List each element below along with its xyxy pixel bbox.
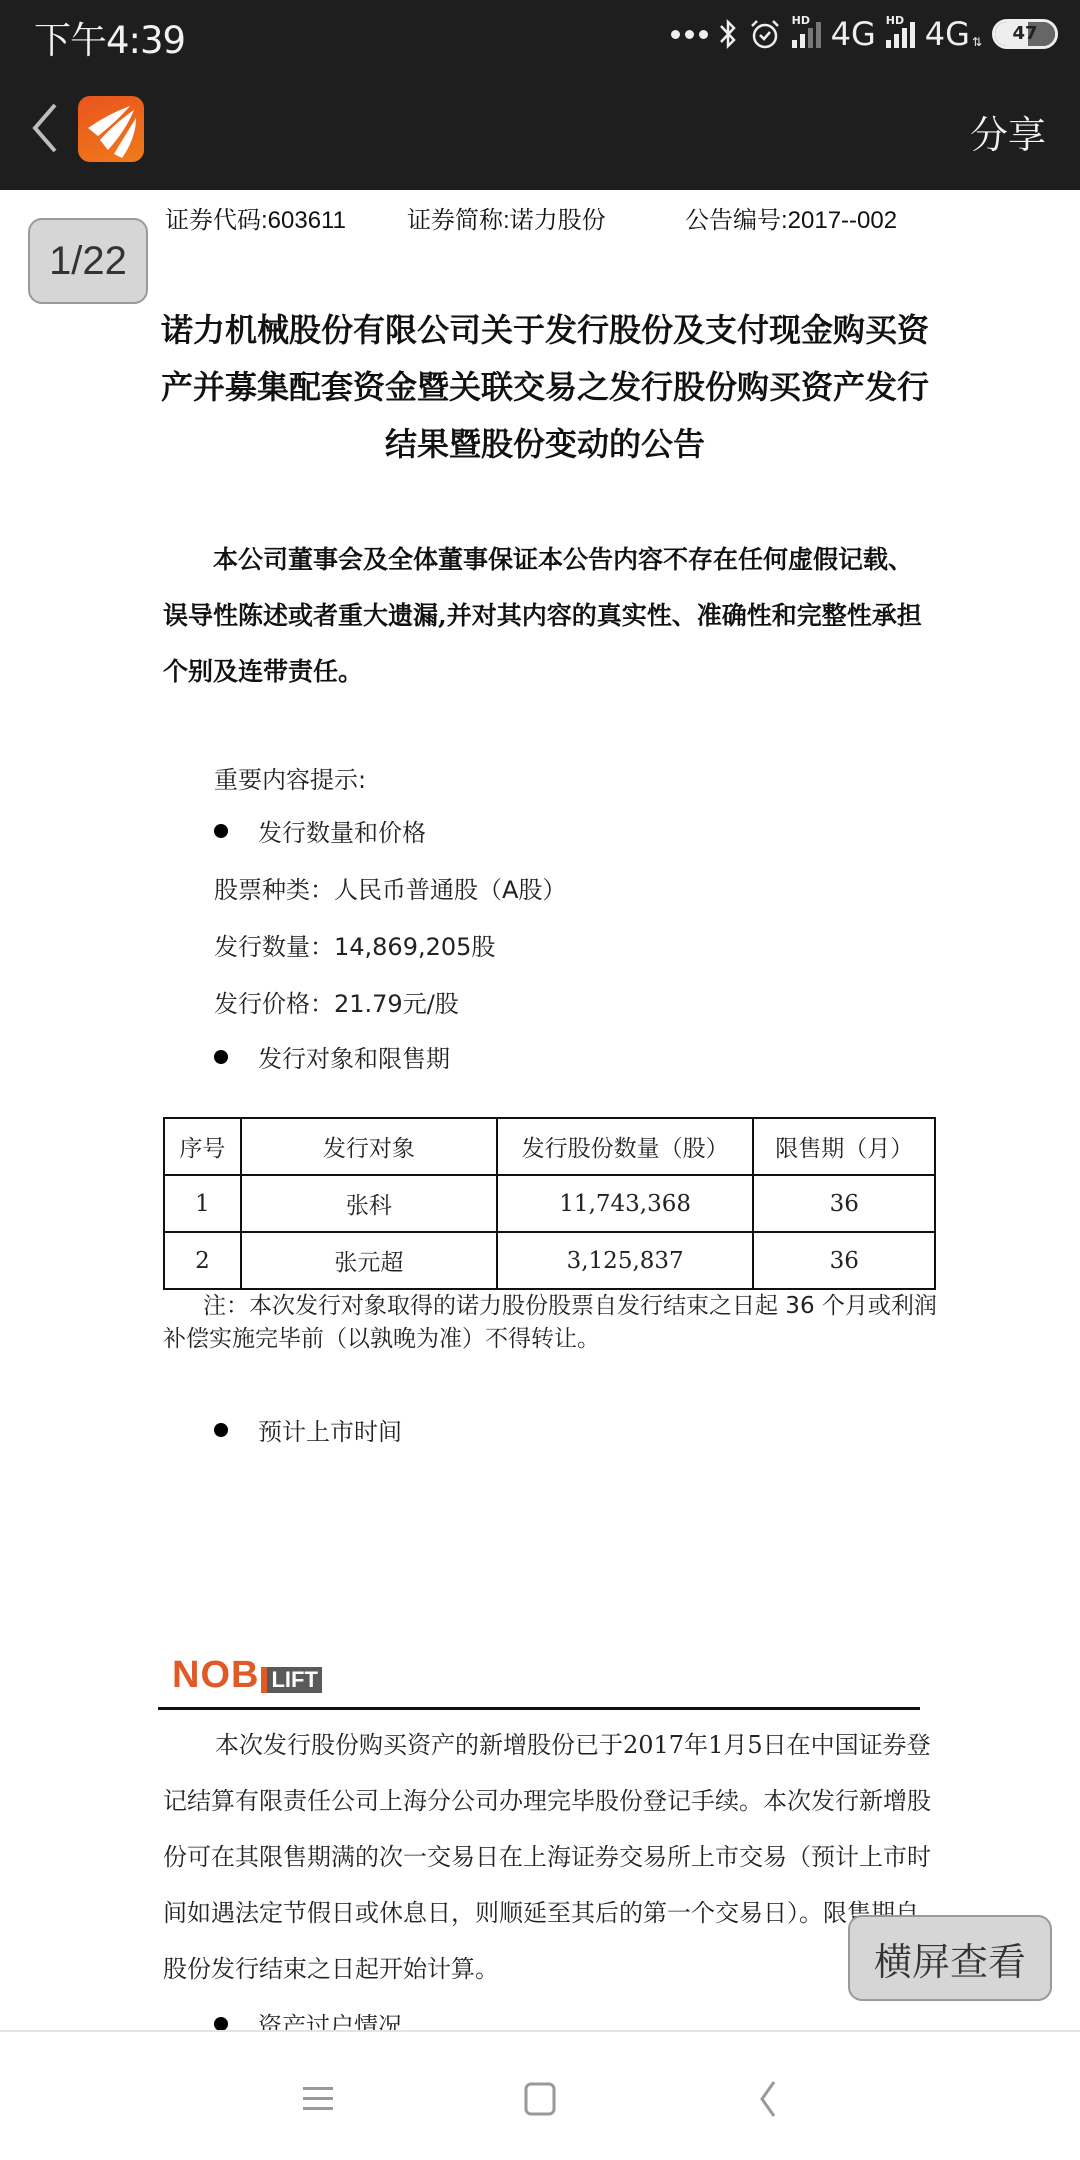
battery-level: 47 [995,22,1055,46]
bullet-icon [214,1050,228,1064]
nav-back-button[interactable] [728,2064,808,2134]
network-type-1: 4G [831,15,876,53]
chevron-left-icon [29,101,59,155]
bullet-icon [214,2017,228,2031]
system-nav-bar [0,2030,1080,2160]
signal-icon: HD [886,20,915,48]
bullet-label: 预计上市时间 [258,1412,402,1447]
landscape-view-button[interactable]: 横屏查看 [848,1915,1052,2001]
status-icons: HD 4G HD 4G ⇅ 47 [671,14,1058,54]
back-icon [756,2079,780,2119]
menu-icon [301,2083,335,2115]
bullet-label: 发行对象和限售期 [258,1039,450,1074]
table-cell: 11,743,368 [497,1175,754,1232]
table-note: 注：本次发行对象取得的诺力股份股票自发行结束之日起 36 个月或利润补偿实施完毕… [163,1290,938,1356]
status-time: 下午4:39 [34,10,185,64]
top-bar: 下午4:39 HD 4G HD 4G ⇅ 47 [0,0,1080,190]
table-cell: 2 [164,1232,241,1289]
stock-type: 股票种类：人民币普通股（A股） [214,870,566,905]
bullet-issue-quantity-price: 发行数量和价格 [214,813,426,848]
bullet-label: 发行数量和价格 [258,813,426,848]
security-code: 证券代码:603611 [165,200,346,235]
table-header: 限售期（月） [753,1118,935,1175]
bluetooth-icon [718,17,738,51]
logo-text-lift: LIFT [261,1667,321,1693]
nobleift-logo: NOB LIFT [172,1657,322,1693]
issue-targets-table: 序号 发行对象 发行股份数量（股） 限售期（月） 1 张科 11,743,368… [163,1117,936,1290]
bullet-listing-time: 预计上市时间 [214,1412,402,1447]
table-cell: 3,125,837 [497,1232,754,1289]
table-header-row: 序号 发行对象 发行股份数量（股） 限售期（月） [164,1118,935,1175]
table-cell: 张科 [241,1175,497,1232]
header-divider [158,1707,920,1710]
announcement-number: 公告编号:2017--002 [685,200,897,235]
more-dots-icon [671,30,708,39]
highlights-heading: 重要内容提示: [214,760,366,795]
board-declaration: 本公司董事会及全体董事保证本公告内容不存在任何虚假记载、误导性陈述或者重大遗漏,… [163,532,933,700]
alarm-icon [748,17,782,51]
signal-icon: HD [792,20,821,48]
table-header: 发行股份数量（股） [497,1118,754,1175]
page-indicator[interactable]: 1/22 [28,218,148,304]
table-cell: 张元超 [241,1232,497,1289]
table-row: 2 张元超 3,125,837 36 [164,1232,935,1289]
home-button[interactable] [500,2064,580,2134]
recents-button[interactable] [278,2064,358,2134]
app-logo-feather-icon [78,96,144,162]
bullet-icon [214,824,228,838]
home-icon [523,2081,557,2117]
network-type-2: 4G [925,15,970,53]
document-title: 诺力机械股份有限公司关于发行股份及支付现金购买资产并募集配套资金暨关联交易之发行… [160,302,930,473]
table-cell: 36 [753,1175,935,1232]
table-row: 1 张科 11,743,368 36 [164,1175,935,1232]
share-button[interactable]: 分享 [970,104,1046,159]
bullet-asset-transfer: 资产过户情况 [214,2006,402,2030]
table-cell: 36 [753,1232,935,1289]
security-short-name: 证券简称:诺力股份 [407,200,606,235]
issue-quantity: 发行数量：14,869,205股 [214,927,495,962]
table-header: 发行对象 [241,1118,497,1175]
document-viewer[interactable]: 证券代码:603611 证券简称:诺力股份 公告编号:2017--002 诺力机… [0,190,1080,2030]
bullet-label: 资产过户情况 [258,2006,402,2030]
issue-price: 发行价格：21.79元/股 [214,984,459,1019]
table-cell: 1 [164,1175,241,1232]
battery-icon: 47 [992,19,1058,49]
table-header: 序号 [164,1118,241,1175]
data-arrows-icon: ⇅ [972,35,982,49]
bullet-issue-targets: 发行对象和限售期 [214,1039,450,1074]
app-logo-icon[interactable] [78,96,144,162]
bullet-icon [214,1423,228,1437]
back-button[interactable] [22,96,66,160]
listing-paragraph: 本次发行股份购买资产的新增股份已于2017年1月5日在中国证券登记结算有限责任公… [163,1717,933,1997]
logo-text-nob: NOB [172,1657,259,1693]
